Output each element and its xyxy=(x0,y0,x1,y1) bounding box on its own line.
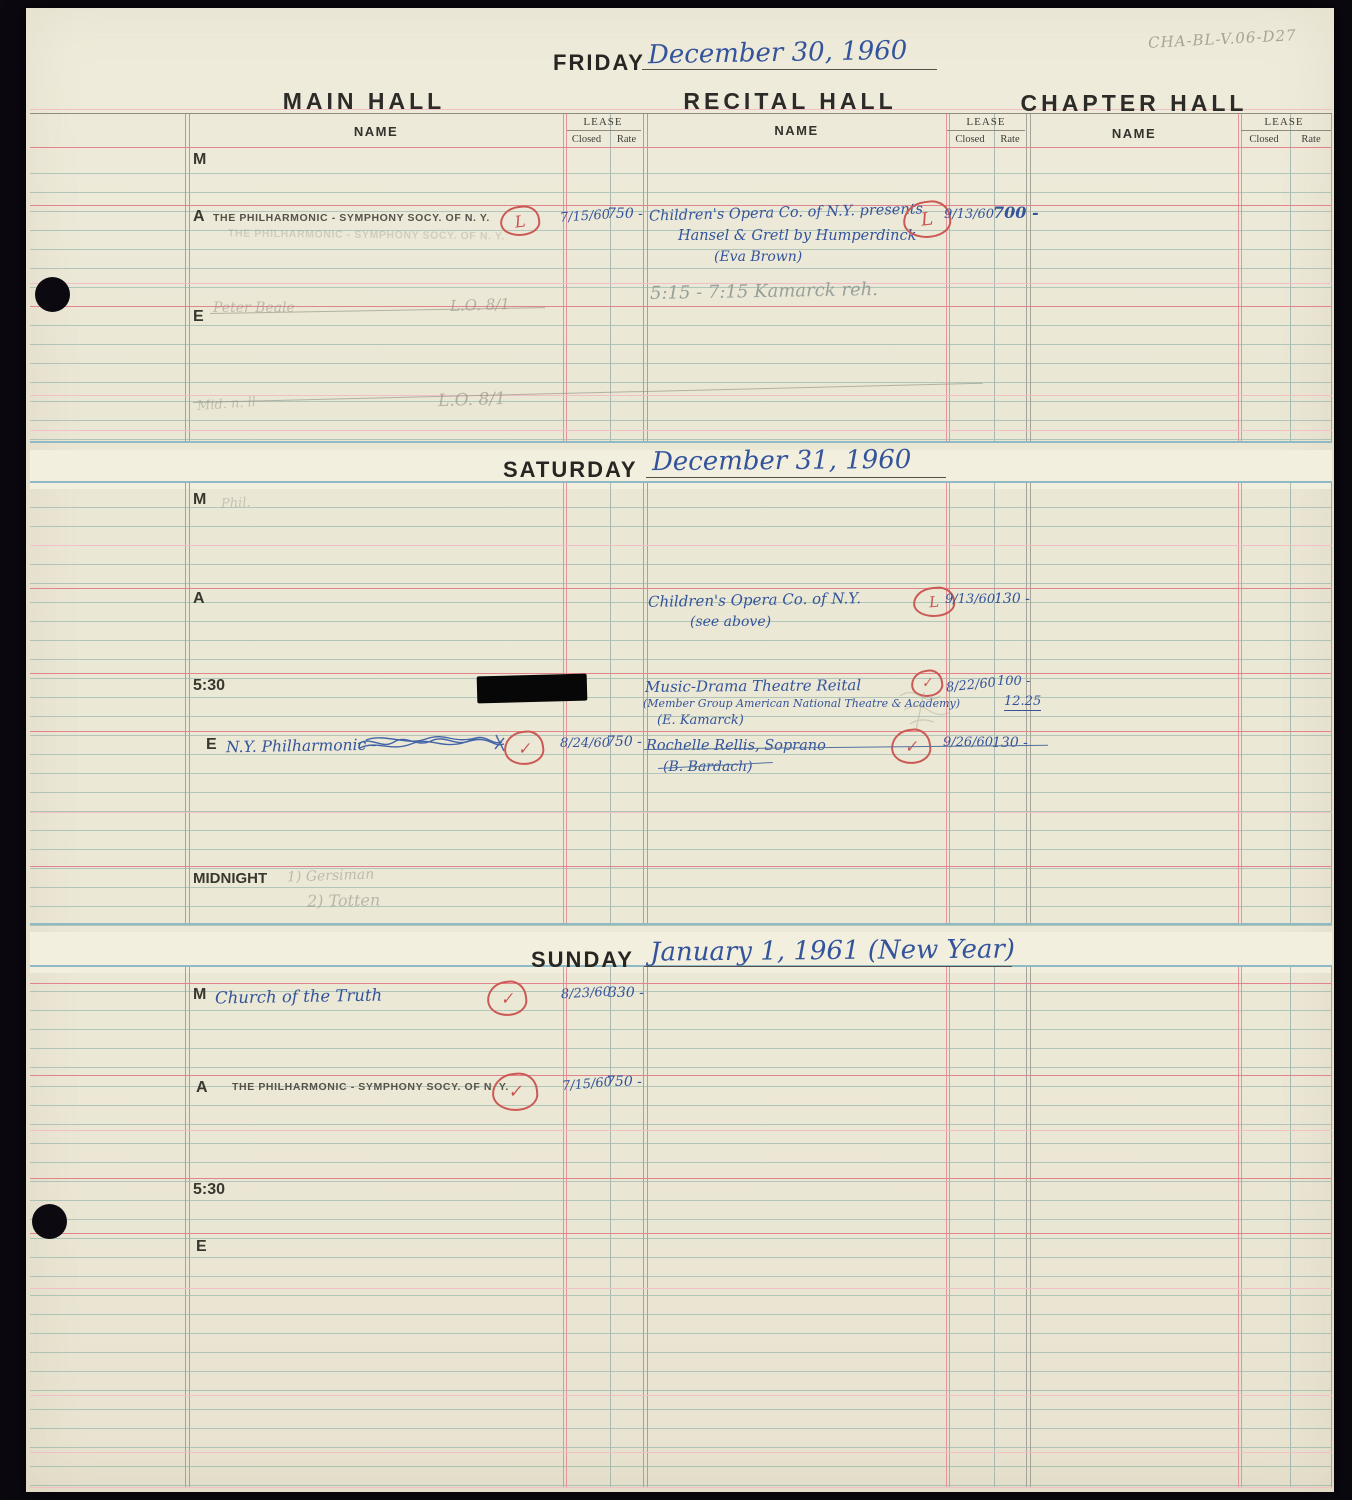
hall-title-main: MAIN HALL xyxy=(249,88,479,115)
grid-line xyxy=(1238,965,1239,1488)
scanned-ledger-screenshot: CHA-BL-V.06-D27 FRIDAY December 30, 1960… xyxy=(0,0,1352,1500)
rate-header-main: Rate xyxy=(610,134,643,145)
grid-line xyxy=(563,481,564,923)
sunday-a-main-rate: 750 - xyxy=(606,1074,652,1090)
grid-line xyxy=(1238,481,1239,923)
date-underline-sunday xyxy=(644,966,1012,967)
date-underline-friday xyxy=(642,69,937,70)
hall-title-chapter: CHAPTER HALL xyxy=(1019,90,1249,117)
friday-e-main-pencil-lo: L.O. 8/1 xyxy=(450,295,510,315)
date-sunday: January 1, 1961 (New Year) xyxy=(650,934,1015,967)
rate-header-chapter: Rate xyxy=(1290,134,1332,145)
grid-line xyxy=(949,113,950,441)
saturday-a-recital-line2: (see above) xyxy=(690,614,771,630)
sunday-row-label-a: A xyxy=(196,1079,208,1097)
grid-line xyxy=(30,983,1332,984)
name-header-recital: NAME xyxy=(647,123,946,138)
grid-line xyxy=(189,481,190,923)
ink-scribble xyxy=(356,731,508,757)
grid-line xyxy=(1331,481,1332,923)
closed-header-chapter: Closed xyxy=(1238,134,1290,145)
grid-line xyxy=(30,545,1332,546)
ledger-page: CHA-BL-V.06-D27 FRIDAY December 30, 1960… xyxy=(26,8,1334,1492)
day-title-sunday: SUNDAY xyxy=(531,947,634,973)
saturday-row-label-a: A xyxy=(193,590,205,608)
grid-line xyxy=(30,1395,1332,1396)
date-saturday: December 31, 1960 xyxy=(652,445,912,477)
grid-line xyxy=(30,866,1332,867)
sunday-m-main-rate: 330 - xyxy=(608,985,654,1001)
saturday-row-label-530: 5:30 xyxy=(193,677,225,695)
saturday-midnight-pencil1: 1) Gersiman xyxy=(287,866,375,885)
friday-recital-rehearsal-note: 5:15 - 7:15 Kamarck reh. xyxy=(650,279,878,304)
grid-line xyxy=(563,113,564,441)
grid-line xyxy=(1241,113,1242,441)
punch-hole-bottom xyxy=(32,1204,67,1239)
rate-header-recital: Rate xyxy=(994,134,1026,145)
saturday-e-recital-line1: Rochelle Rellis, Soprano xyxy=(646,738,826,754)
grid-line xyxy=(647,965,648,1488)
redaction-box xyxy=(477,674,588,704)
grid-line xyxy=(30,147,1332,148)
closed-header-recital: Closed xyxy=(946,134,994,145)
grid-line xyxy=(30,1487,1332,1488)
friday-row-label-m: M xyxy=(193,151,206,169)
saturday-a-recital-rate: 130 - xyxy=(994,591,1040,607)
sunday-m-main-name: Church of the Truth xyxy=(215,986,383,1008)
grid-line xyxy=(1290,481,1291,923)
saturday-row-label-m: M xyxy=(193,491,206,509)
friday-a-recital-line3: (Eva Brown) xyxy=(714,249,802,265)
grid-line xyxy=(610,481,611,923)
lease-underline xyxy=(947,130,1025,131)
grid-line xyxy=(610,965,611,1488)
saturday-530-recital-line3: (E. Kamarck) xyxy=(657,713,744,728)
grid-line xyxy=(30,441,1332,443)
grid-line xyxy=(1026,113,1027,441)
friday-a-main-rate: 750 - xyxy=(607,206,651,222)
lease-header-recital: LEASE xyxy=(946,116,1026,128)
grid-line xyxy=(30,673,1332,674)
grid-line xyxy=(189,113,190,441)
saturday-a-recital-closed: 9/13/60 xyxy=(945,592,995,607)
saturday-e-main-closed: 8/24/60 xyxy=(559,736,611,751)
grid-line xyxy=(1290,113,1291,441)
sunday-row-label-e: E xyxy=(196,1238,207,1256)
saturday-row-label-midnight: MIDNIGHT xyxy=(193,870,267,887)
grid-line xyxy=(643,965,644,1488)
date-friday: December 30, 1960 xyxy=(648,36,908,71)
friday-a-recital-rate: 700 - xyxy=(993,203,1039,222)
grid-line xyxy=(566,113,567,441)
saturday-e-main-name: N.Y. Philharmonic - xyxy=(226,736,377,757)
grid-line xyxy=(30,1130,1332,1131)
grid-line xyxy=(185,481,186,923)
grid-line xyxy=(1290,965,1291,1488)
grid-line xyxy=(994,965,995,1488)
name-header-main: NAME xyxy=(189,124,563,139)
pencil-scribble xyxy=(894,686,966,734)
saturday-m-pencil: Phil. xyxy=(221,495,251,512)
saturday-530-recital-rate: 100 - xyxy=(997,674,1037,689)
saturday-a-recital-line1: Children's Opera Co. of N.Y. xyxy=(648,589,861,611)
date-underline-saturday xyxy=(646,477,946,478)
grid-line xyxy=(1241,965,1242,1488)
grid-line xyxy=(566,965,567,1488)
day-title-saturday: SATURDAY xyxy=(503,457,638,483)
grid-line xyxy=(994,113,995,441)
grid-line xyxy=(994,481,995,923)
closed-header-main: Closed xyxy=(563,134,610,145)
punch-hole-top xyxy=(35,277,70,312)
saturday-e-recital-closed: 9/26/60 xyxy=(941,735,995,750)
lease-header-chapter: LEASE xyxy=(1238,116,1330,128)
grid-line xyxy=(946,113,947,441)
grid-line xyxy=(563,965,564,1488)
grid-line xyxy=(1241,481,1242,923)
lease-underline xyxy=(1241,130,1331,131)
saturday-e-main-rate: 750 - xyxy=(606,734,650,750)
grid-line xyxy=(30,481,1332,483)
sunday-row-label-m: M xyxy=(193,986,206,1004)
friday-late-pencil-lo: L.O. 8/1 xyxy=(438,389,506,411)
grid-line xyxy=(30,1075,1332,1076)
day-title-friday: FRIDAY xyxy=(553,50,645,76)
grid-line xyxy=(30,588,1332,589)
saturday-row-label-e: E xyxy=(206,736,217,754)
saturday-midnight-pencil2: 2) Totten xyxy=(307,890,381,910)
saturday-530-recital-rate2: 12.25 xyxy=(1004,694,1041,711)
grid-line xyxy=(30,1233,1332,1234)
grid-line xyxy=(946,965,947,1488)
grid-line xyxy=(30,1288,1332,1289)
grid-line xyxy=(1331,113,1332,441)
grid-line xyxy=(30,395,1332,396)
grid-line xyxy=(185,113,186,441)
grid-line xyxy=(1030,113,1031,441)
name-header-chapter: NAME xyxy=(1030,126,1238,141)
friday-a-recital-line2: Hansel & Gretl by Humperdinck xyxy=(678,228,916,244)
sunday-row-label-530: 5:30 xyxy=(193,1181,225,1199)
grid-line xyxy=(30,1452,1332,1453)
grid-line xyxy=(189,965,190,1488)
friday-a-recital-closed: 9/13/60 xyxy=(943,207,995,222)
grid-line xyxy=(566,481,567,923)
grid-line xyxy=(30,205,1332,206)
grid-line xyxy=(30,731,1332,732)
grid-line xyxy=(30,1178,1332,1179)
lease-header-main: LEASE xyxy=(563,116,643,128)
sunday-a-main-stamp: THE PHILHARMONIC - SYMPHONY SOCY. OF N. … xyxy=(232,1081,509,1093)
hall-title-recital: RECITAL HALL xyxy=(675,88,905,115)
grid-line xyxy=(1238,113,1239,441)
friday-row-label-a: A xyxy=(193,208,205,226)
grid-line xyxy=(949,965,950,1488)
saturday-530-recital-line1: Music-Drama Theatre Reital xyxy=(645,676,861,696)
grid-line xyxy=(185,965,186,1488)
lease-underline xyxy=(567,130,641,131)
grid-line xyxy=(1030,965,1031,1488)
grid-line xyxy=(1026,965,1027,1488)
grid-line xyxy=(1331,965,1332,1488)
friday-a-main-stamp: THE PHILHARMONIC - SYMPHONY SOCY. OF N. … xyxy=(213,212,490,224)
grid-line xyxy=(30,812,1332,813)
friday-row-label-e: E xyxy=(193,308,204,326)
saturday-e-recital-rate: 130 - xyxy=(992,735,1036,751)
sunday-m-main-closed: 8/23/60 xyxy=(559,985,614,1003)
grid-line xyxy=(30,923,1332,925)
grid-line xyxy=(30,430,1332,431)
